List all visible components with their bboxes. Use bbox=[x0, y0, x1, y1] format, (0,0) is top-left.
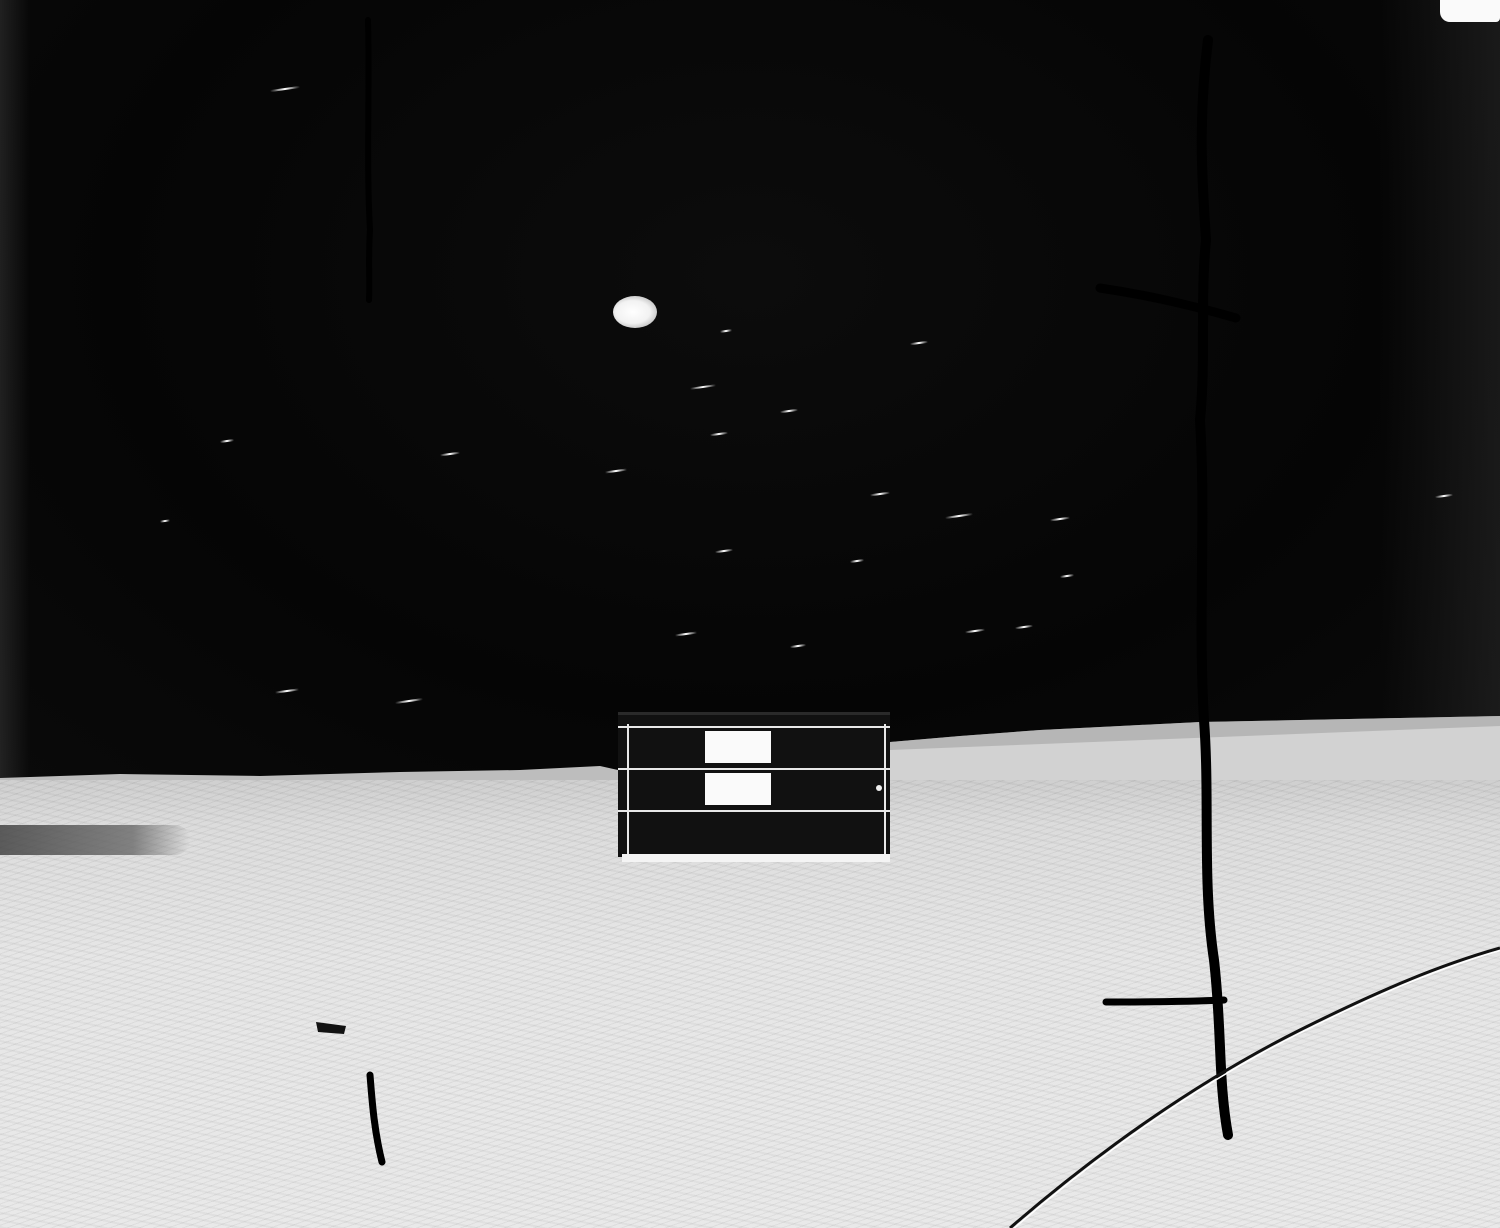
photo-negative: Black-and-white film negative of a small… bbox=[0, 0, 1500, 1228]
film-corner-notch bbox=[1440, 0, 1500, 22]
film-scratches bbox=[0, 0, 1500, 1228]
